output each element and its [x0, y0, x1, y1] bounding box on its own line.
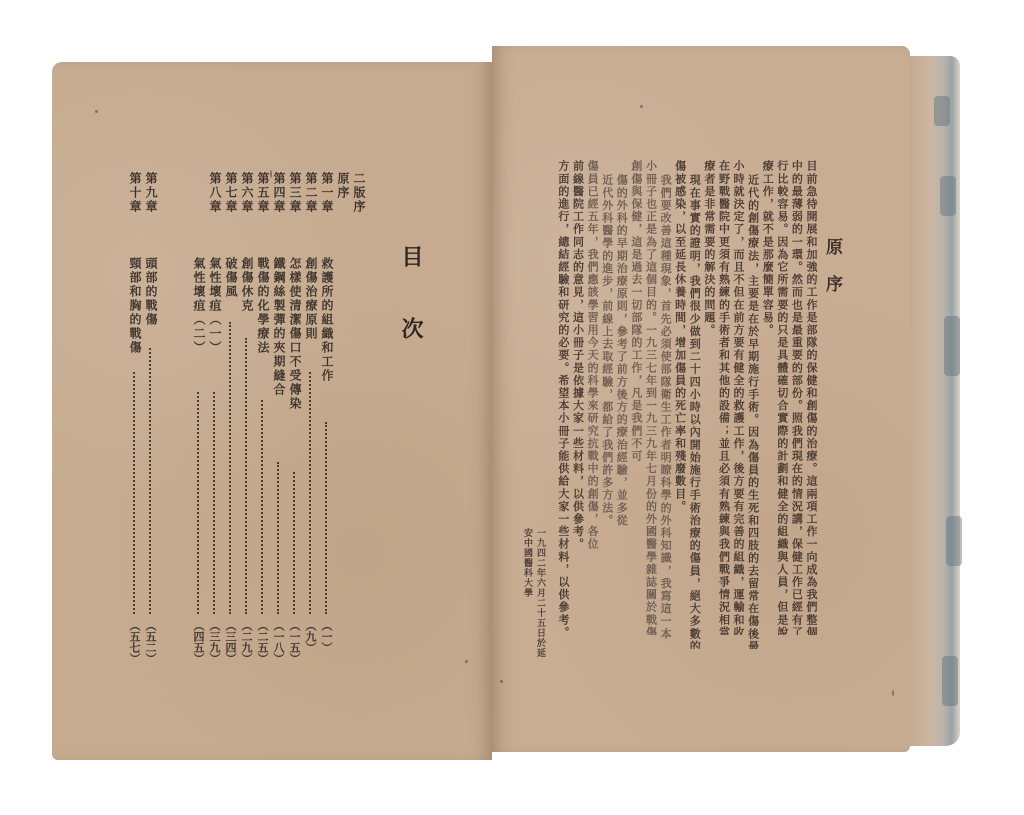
paper-speck: [640, 105, 643, 108]
toc-entry[interactable]: 第八章 氣性壞疽（一） （三九）: [204, 172, 220, 672]
leader-dots: [309, 372, 311, 614]
toc-title: 創傷休克: [238, 257, 256, 313]
toc-entry[interactable]: 原序: [332, 172, 348, 672]
text-column: 行比較容易。因為它所需要的只是具體確切合實際的計劃和健全的組織與人員，但是說到創…: [775, 160, 789, 635]
toc-entry[interactable]: 氣性壞疽（二） （四五）: [188, 172, 204, 672]
toc-chapter: 第四章: [270, 172, 288, 214]
toc-entry[interactable]: 第七章 破傷風 （三四）: [220, 172, 236, 672]
open-book: 目次 二版序 原序 第一章 救護所的組織和工作 （一） 第二章 創傷治療原則 （…: [0, 0, 1024, 815]
paper-speck: [500, 680, 503, 683]
toc-page-number: （五七）: [126, 620, 142, 664]
toc-chapter: 第六章: [238, 172, 256, 214]
toc-spacer: [156, 172, 188, 672]
page-edge: [906, 56, 960, 746]
toc-chapter: 原序: [334, 172, 352, 200]
text-column: 療者是非常需要的解決的問題。: [702, 160, 716, 635]
toc-title: 頭部的戰傷: [142, 257, 160, 327]
toc-page-number: （二五）: [254, 620, 270, 664]
toc-entry[interactable]: 第五章 戰傷的化學療法 （二五）: [252, 172, 268, 672]
toc-entry[interactable]: 第二章 創傷治療原則 （九）: [300, 172, 316, 672]
toc-page-number: （一五）: [286, 620, 302, 664]
paper-speck: [95, 110, 98, 113]
text-column: 近代外科醫學的進步，前線上去取經驗，都給了我們許多方法。: [600, 160, 614, 649]
paper-speck: [270, 170, 272, 178]
preface-heading: 原序: [820, 238, 845, 312]
leader-dots: [325, 422, 327, 614]
toc-title: 鐵鋼絲製彈的夾期縫合: [270, 257, 288, 397]
leader-dots: [293, 472, 295, 614]
toc-chapter: 第八章: [206, 172, 224, 214]
toc-heading: 目次: [395, 245, 426, 389]
toc-page-number: （二九）: [238, 620, 254, 664]
toc-chapter: 第二章: [302, 172, 320, 214]
leader-dots: [245, 338, 247, 614]
toc-page-number: （五二）: [142, 620, 158, 664]
toc-title: 救護所的組織和工作: [318, 257, 336, 383]
toc-page-number: （一八）: [270, 620, 286, 664]
toc-page-number: （三四）: [222, 620, 238, 664]
leader-dots: [229, 322, 231, 614]
text-column: 目前急待開展和加強的工作是部隊的保健和創傷的治療。這兩項工作一向成為我們整個工作: [804, 160, 818, 635]
text-column: 方面的進行，總結經驗和研究的必要。希望本小冊子能供給大家一些材料，以供參考。: [556, 160, 570, 635]
toc-title: 氣性壞疽（一）: [206, 257, 224, 355]
paper-speck: [892, 690, 894, 696]
text-column: 我們要改善這種現象，首先必須使部隊衛生工作者明瞭科學的外科知識，我寫這一本: [658, 160, 672, 649]
leader-dots: [213, 392, 215, 614]
toc-page-number: （一）: [318, 620, 334, 653]
toc-chapter: 第七章: [222, 172, 240, 214]
toc-entry[interactable]: 第一章 救護所的組織和工作 （一）: [316, 172, 332, 672]
text-column: 傷員已經五年，我們應該學習用今天的科學來研究抗戰中的創傷，各位: [585, 160, 599, 635]
toc-page-number: （九）: [302, 620, 318, 653]
toc-chapter: 二版序: [350, 172, 368, 214]
toc-entry[interactable]: 第三章 怎樣使清潔傷口不受傳染 （一五）: [284, 172, 300, 672]
text-column: 中的最薄弱的一環。然而也是最重要的部份。照我們現在的情況講，保健工作已經有了初步…: [789, 160, 803, 635]
toc-title: 怎樣使清潔傷口不受傳染: [286, 257, 304, 411]
toc-page-number: （三九）: [206, 620, 222, 664]
toc-title: 氣性壞疽（二）: [190, 257, 208, 355]
text-column: 現在事實的證明，我們很少做到二十四小時以內開始施行手術治療的傷員，絕大多數的創: [687, 160, 701, 649]
toc-title: 頸部和胸的戰傷: [126, 257, 144, 355]
toc-entry[interactable]: 二版序: [348, 172, 364, 672]
leader-dots: [197, 392, 199, 614]
toc-entry[interactable]: 第九章 頭部的戰傷 （五二）: [140, 172, 156, 672]
toc-chapter: 第九章: [142, 172, 160, 214]
toc-title: 戰傷的化學療法: [254, 257, 272, 355]
toc-title: 創傷治療原則: [302, 257, 320, 341]
text-column: 創傷與保健，這是過去一切部隊的工作，凡是我們不可: [629, 160, 643, 635]
toc-title: 破傷風: [222, 257, 240, 299]
toc-entry[interactable]: 第十章 頸部和胸的戰傷 （五七）: [124, 172, 140, 672]
leader-dots: [277, 462, 279, 614]
toc-chapter: 第五章: [254, 172, 272, 214]
text-column: 前線醫院工作同志的意見，這小冊子是依據大家一些材料，以供參考。: [571, 160, 585, 635]
toc-page-number: （四五）: [190, 620, 206, 664]
text-column: 傷被感染，以至延長休養時間，增加傷員的死亡率和殘廢數目。: [673, 160, 687, 635]
text-column: 小時就決定了，而且不但在前方要有健全的救護工作，後方要有完善的組織，運輸和收容的…: [731, 160, 745, 635]
leader-dots: [261, 400, 263, 614]
toc-chapter: 第三章: [286, 172, 304, 214]
text-column: 小冊子也正是為了這個目的。一九三七年到一九三九年七月份的外國醫學雜誌關於戰傷的文…: [643, 160, 657, 635]
toc-entry[interactable]: 第六章 創傷休克 （二九）: [236, 172, 252, 672]
toc-entry[interactable]: 第四章 鐵鋼絲製彈的夾期縫合 （一八）: [268, 172, 284, 672]
toc-chapter: 第十章: [126, 172, 144, 214]
table-of-contents: 二版序 原序 第一章 救護所的組織和工作 （一） 第二章 創傷治療原則 （九） …: [124, 172, 364, 672]
leader-dots: [133, 372, 135, 614]
leader-dots: [149, 348, 151, 614]
text-column: 傷的外科的早期治療原則，參考了前方後方的療治經驗，並多從: [614, 160, 628, 649]
text-column: 療工作，就不是那麼簡單容易。: [760, 160, 774, 635]
text-column: 近代的創傷療法，主要是在於早期施行手術。因為傷員的生死和四肢的去留常在傷後最初幾: [746, 160, 760, 649]
text-column: 在野戰醫院中更須有熟練的手術者和其他的設備；並且必須有熟練與我們戰爭情況相當的技…: [716, 160, 730, 635]
preface-body: 目前急待開展和加強的工作是部隊的保健和創傷的治療。這兩項工作一向成為我們整個工作…: [520, 160, 818, 635]
toc-chapter: 第一章: [318, 172, 336, 214]
preface-signature: 一九四二年六月二十五日於延安中國醫科大學: [521, 528, 547, 658]
paper-speck: [465, 660, 468, 663]
